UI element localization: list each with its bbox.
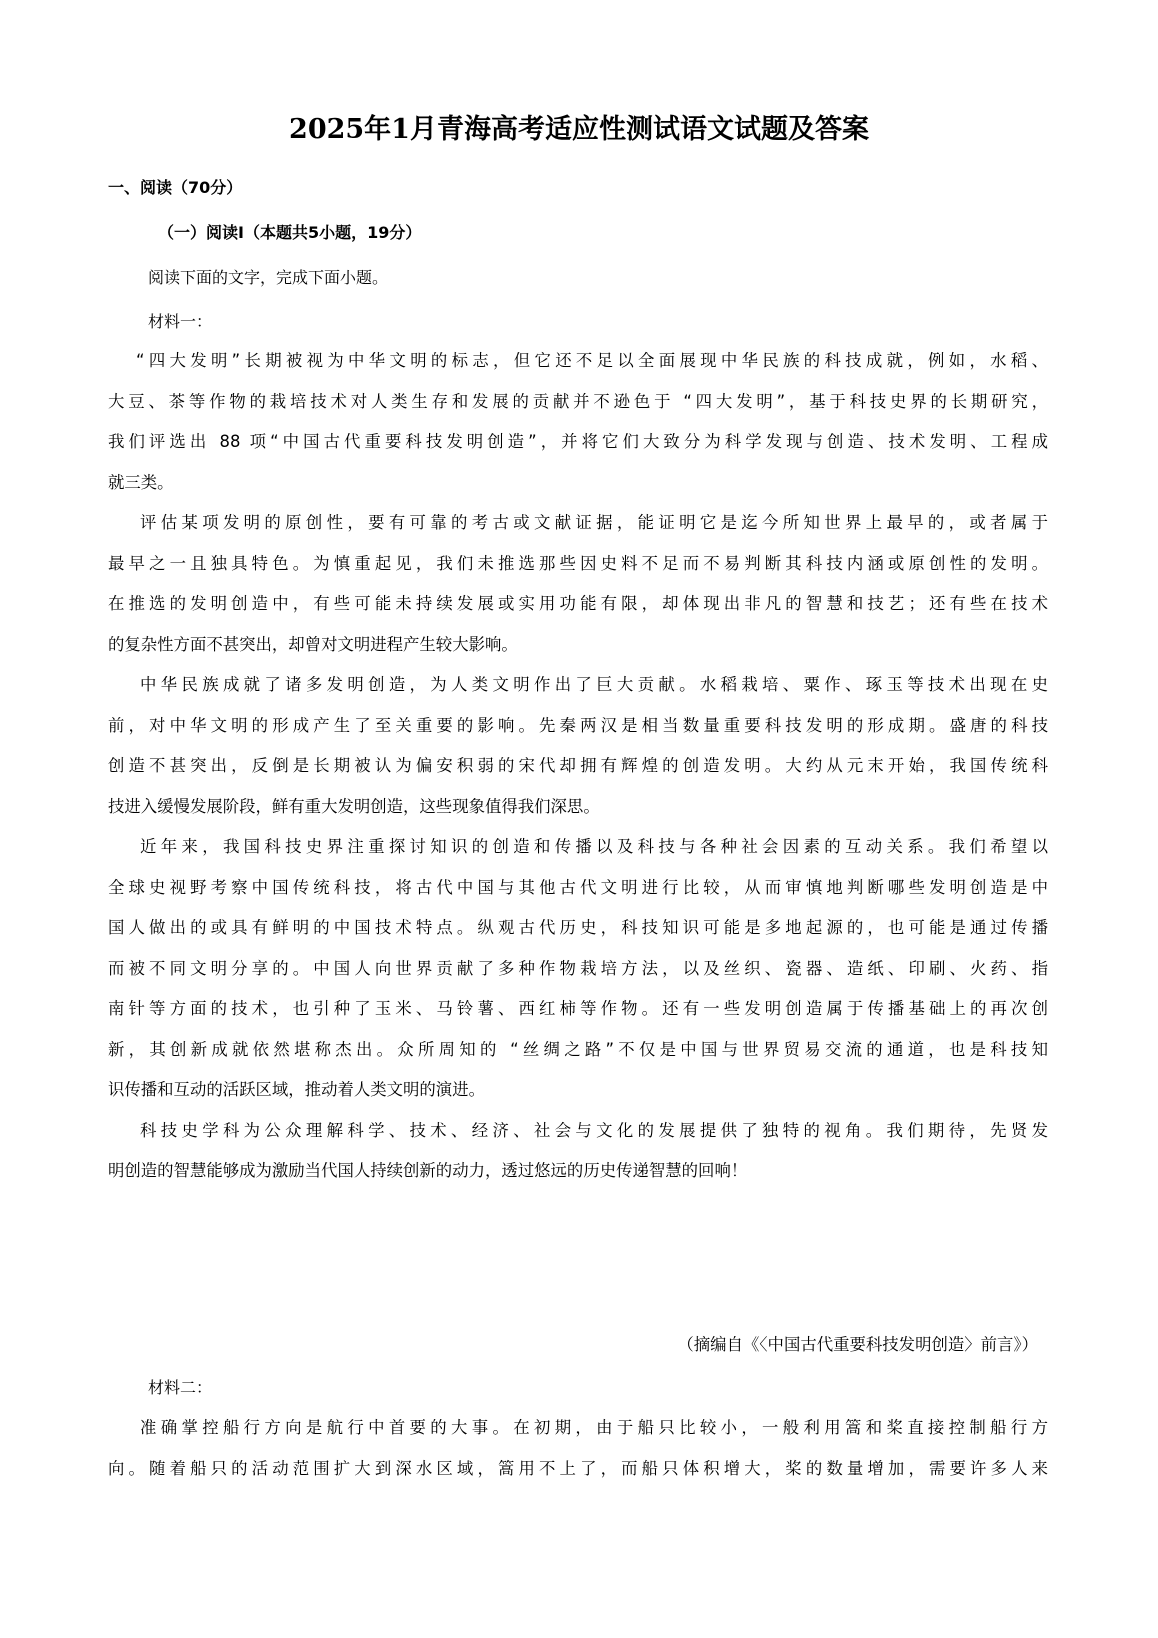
text-line: 评估某项发明的原创性，要有可靠的考古或文献证据，能证明它是迄今所知世界上最早的，…: [108, 503, 1048, 544]
text-line: 南针等方面的技术，也引种了玉米、马铃薯、西红柿等作物。还有一些发明创造属于传播基…: [108, 989, 1048, 1030]
material-one-label: 材料一：: [148, 310, 212, 334]
paragraph: 中华民族成就了诸多发明创造，为人类文明作出了巨大贡献。水稻栽培、粟作、琢玉等技术…: [108, 665, 1048, 827]
sub-heading-reading-one: （一）阅读Ⅰ（本题共5小题，19分）: [158, 221, 421, 245]
text-line: 大豆、茶等作物的栽培技术对人类生存和发展的贡献并不逊色于 “四大发明”，基于科技…: [108, 382, 1048, 423]
material-one-body: “四大发明”长期被视为中华文明的标志，但它还不足以全面展现中华民族的科技成就，例…: [108, 341, 1048, 1192]
material-two-body: 准确掌控船行方向是航行中首要的大事。在初期，由于船只比较小，一般利用篙和桨直接控…: [108, 1408, 1048, 1489]
paragraph: “四大发明”长期被视为中华文明的标志，但它还不足以全面展现中华民族的科技成就，例…: [108, 341, 1048, 503]
text-line: 明创造的智慧能够成为激励当代国人持续创新的动力，透过悠远的历史传递智慧的回响！: [108, 1151, 1048, 1192]
text-line: 最早之一且独具特色。为慎重起见，我们未推选那些因史料不足而不易判断其科技内涵或原…: [108, 544, 1048, 585]
text-line: 的复杂性方面不甚突出，却曾对文明进程产生较大影响。: [108, 625, 1048, 666]
instruction-text: 阅读下面的文字，完成下面小题。: [148, 266, 388, 290]
paragraph: 近年来，我国科技史界注重探讨知识的创造和传播以及科技与各种社会因素的互动关系。我…: [108, 827, 1048, 1111]
paragraph: 评估某项发明的原创性，要有可靠的考古或文献证据，能证明它是迄今所知世界上最早的，…: [108, 503, 1048, 665]
paragraph: 科技史学科为公众理解科学、技术、经济、社会与文化的发展提供了独特的视角。我们期待…: [108, 1111, 1048, 1192]
text-line: 前，对中华文明的形成产生了至关重要的影响。先秦两汉是相当数量重要科技发明的形成期…: [108, 706, 1048, 747]
text-line: 技进入缓慢发展阶段，鲜有重大发明创造，这些现象值得我们深思。: [108, 787, 1048, 828]
text-line: 科技史学科为公众理解科学、技术、经济、社会与文化的发展提供了独特的视角。我们期待…: [108, 1111, 1048, 1152]
material-two-label: 材料二：: [148, 1376, 212, 1400]
material-one-source-citation: （摘编自《〈中国古代重要科技发明创造〉前言》）: [677, 1333, 1038, 1357]
document-title: 2025年1月青海高考适应性测试语文试题及答案: [0, 112, 1158, 148]
text-line: 我们评选出 88 项“中国古代重要科技发明创造”，并将它们大致分为科学发现与创造…: [108, 422, 1048, 463]
text-line: 向。随着船只的活动范围扩大到深水区域，篙用不上了，而船只体积增大，桨的数量增加，…: [108, 1449, 1048, 1490]
text-line: 新，其创新成就依然堪称杰出。众所周知的 “丝绸之路”不仅是中国与世界贸易交流的通…: [108, 1030, 1048, 1071]
text-line: 全球史视野考察中国传统科技，将古代中国与其他古代文明进行比较，从而审慎地判断哪些…: [108, 868, 1048, 909]
text-line: 在推选的发明创造中，有些可能未持续发展或实用功能有限，却体现出非凡的智慧和技艺；…: [108, 584, 1048, 625]
text-line: 近年来，我国科技史界注重探讨知识的创造和传播以及科技与各种社会因素的互动关系。我…: [108, 827, 1048, 868]
text-line: 中华民族成就了诸多发明创造，为人类文明作出了巨大贡献。水稻栽培、粟作、琢玉等技术…: [108, 665, 1048, 706]
text-line: 而被不同文明分享的。中国人向世界贡献了多种作物栽培方法，以及丝织、瓷器、造纸、印…: [108, 949, 1048, 990]
section-heading-reading: 一、阅读（70分）: [108, 176, 242, 200]
text-line: 准确掌控船行方向是航行中首要的大事。在初期，由于船只比较小，一般利用篙和桨直接控…: [108, 1408, 1048, 1449]
text-line: 创造不甚突出，反倒是长期被认为偏安积弱的宋代却拥有辉煌的创造发明。大约从元末开始…: [108, 746, 1048, 787]
document-page: 2025年1月青海高考适应性测试语文试题及答案 一、阅读（70分） （一）阅读Ⅰ…: [0, 0, 1158, 1638]
text-line: “四大发明”长期被视为中华文明的标志，但它还不足以全面展现中华民族的科技成就，例…: [108, 341, 1048, 382]
text-line: 国人做出的或具有鲜明的中国技术特点。纵观古代历史，科技知识可能是多地起源的，也可…: [108, 908, 1048, 949]
paragraph: 准确掌控船行方向是航行中首要的大事。在初期，由于船只比较小，一般利用篙和桨直接控…: [108, 1408, 1048, 1489]
text-line: 就三类。: [108, 463, 1048, 504]
text-line: 识传播和互动的活跃区域，推动着人类文明的演进。: [108, 1070, 1048, 1111]
